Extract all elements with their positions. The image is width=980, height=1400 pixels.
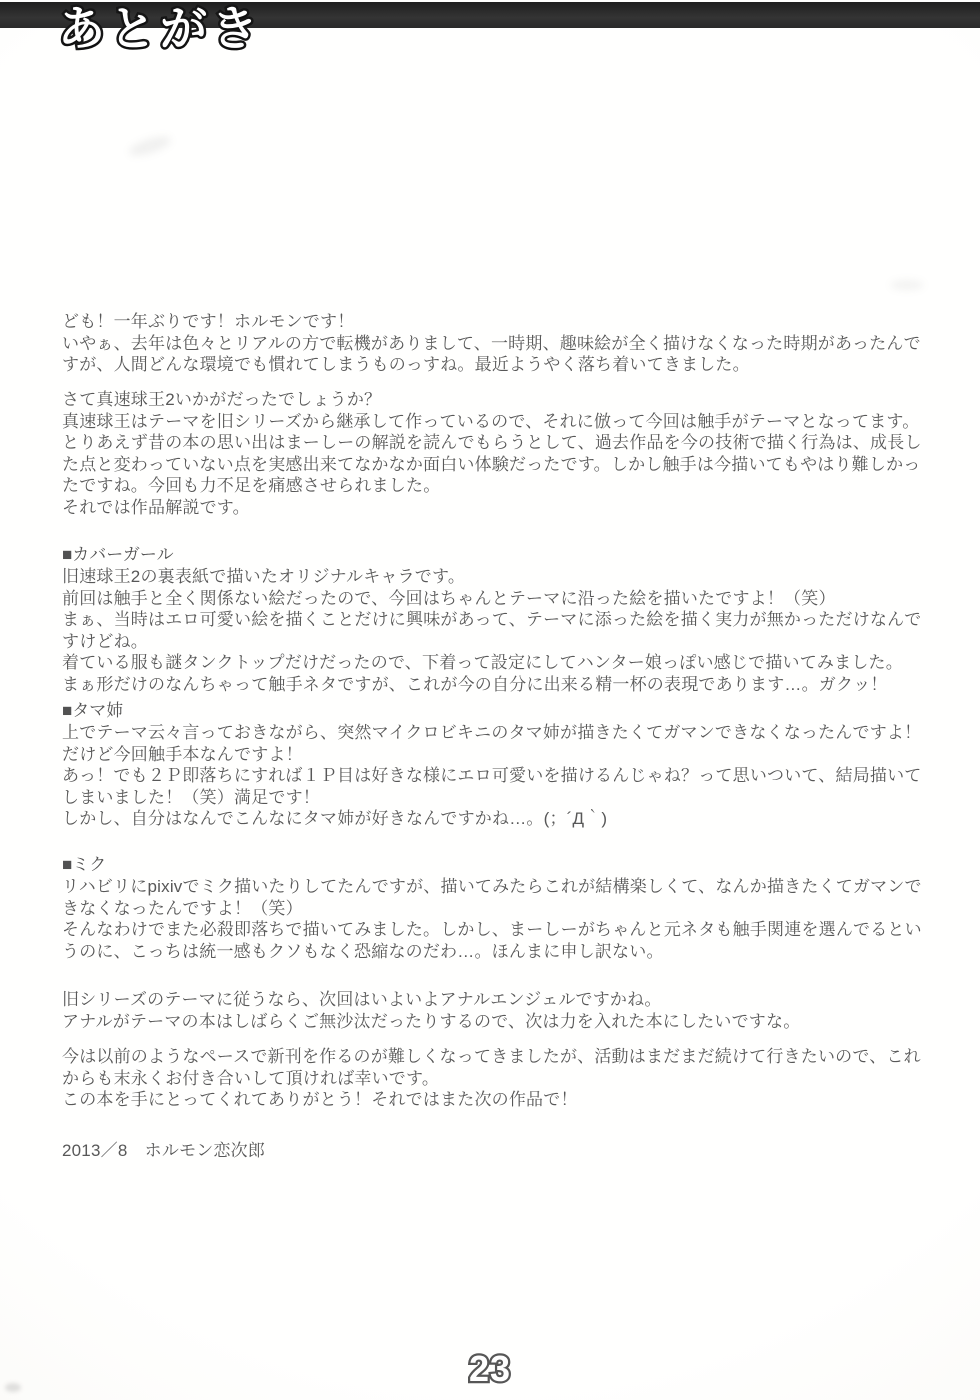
section-text-tama-nee: 上でテーマ云々言っておきながら、突然マイクロビキニのタマ姉が描きたくてガマンでき…: [62, 722, 962, 830]
intro-paragraph: ども！一年ぶりです！ホルモンです！ いやぁ、去年は色々とリアルの方で転機がありま…: [62, 311, 962, 376]
section-heading-tama-nee: ■タマ姉: [62, 700, 962, 722]
theme-paragraph: さて真速球王2いかがだったでしょうか？ 真速球王はテーマを旧シリーズから継承して…: [62, 389, 962, 518]
scan-smudge: [890, 280, 924, 290]
date-signature: 2013／8 ホルモン恋次郎: [62, 1140, 962, 1162]
page-title: あとがき: [58, 3, 262, 55]
page-number: 23: [0, 1348, 980, 1390]
scan-smudge: [127, 133, 173, 160]
closing-paragraph: 今は以前のようなペースで新刊を作るのが難しくなってきましたが、活動はまだまだ続け…: [62, 1046, 962, 1111]
next-plans-paragraph: 旧シリーズのテーマに従うなら、次回はいよいよアナルエンジェルですかね。 アナルが…: [62, 989, 962, 1032]
afterword-page: あとがき ども！一年ぶりです！ホルモンです！ いやぁ、去年は色々とリアルの方で転…: [0, 0, 980, 1400]
section-text-cover-girl: 旧速球王2の裏表紙で描いたオリジナルキャラです。 前回は触手と全く関係ない絵だっ…: [62, 566, 962, 695]
section-heading-cover-girl: ■カバーガール: [62, 544, 962, 566]
section-heading-miku: ■ミク: [62, 854, 962, 876]
section-text-miku: リハビリにpixivでミク描いたりしてたんですが、描いてみたらこれが結構楽しくて…: [62, 876, 962, 962]
